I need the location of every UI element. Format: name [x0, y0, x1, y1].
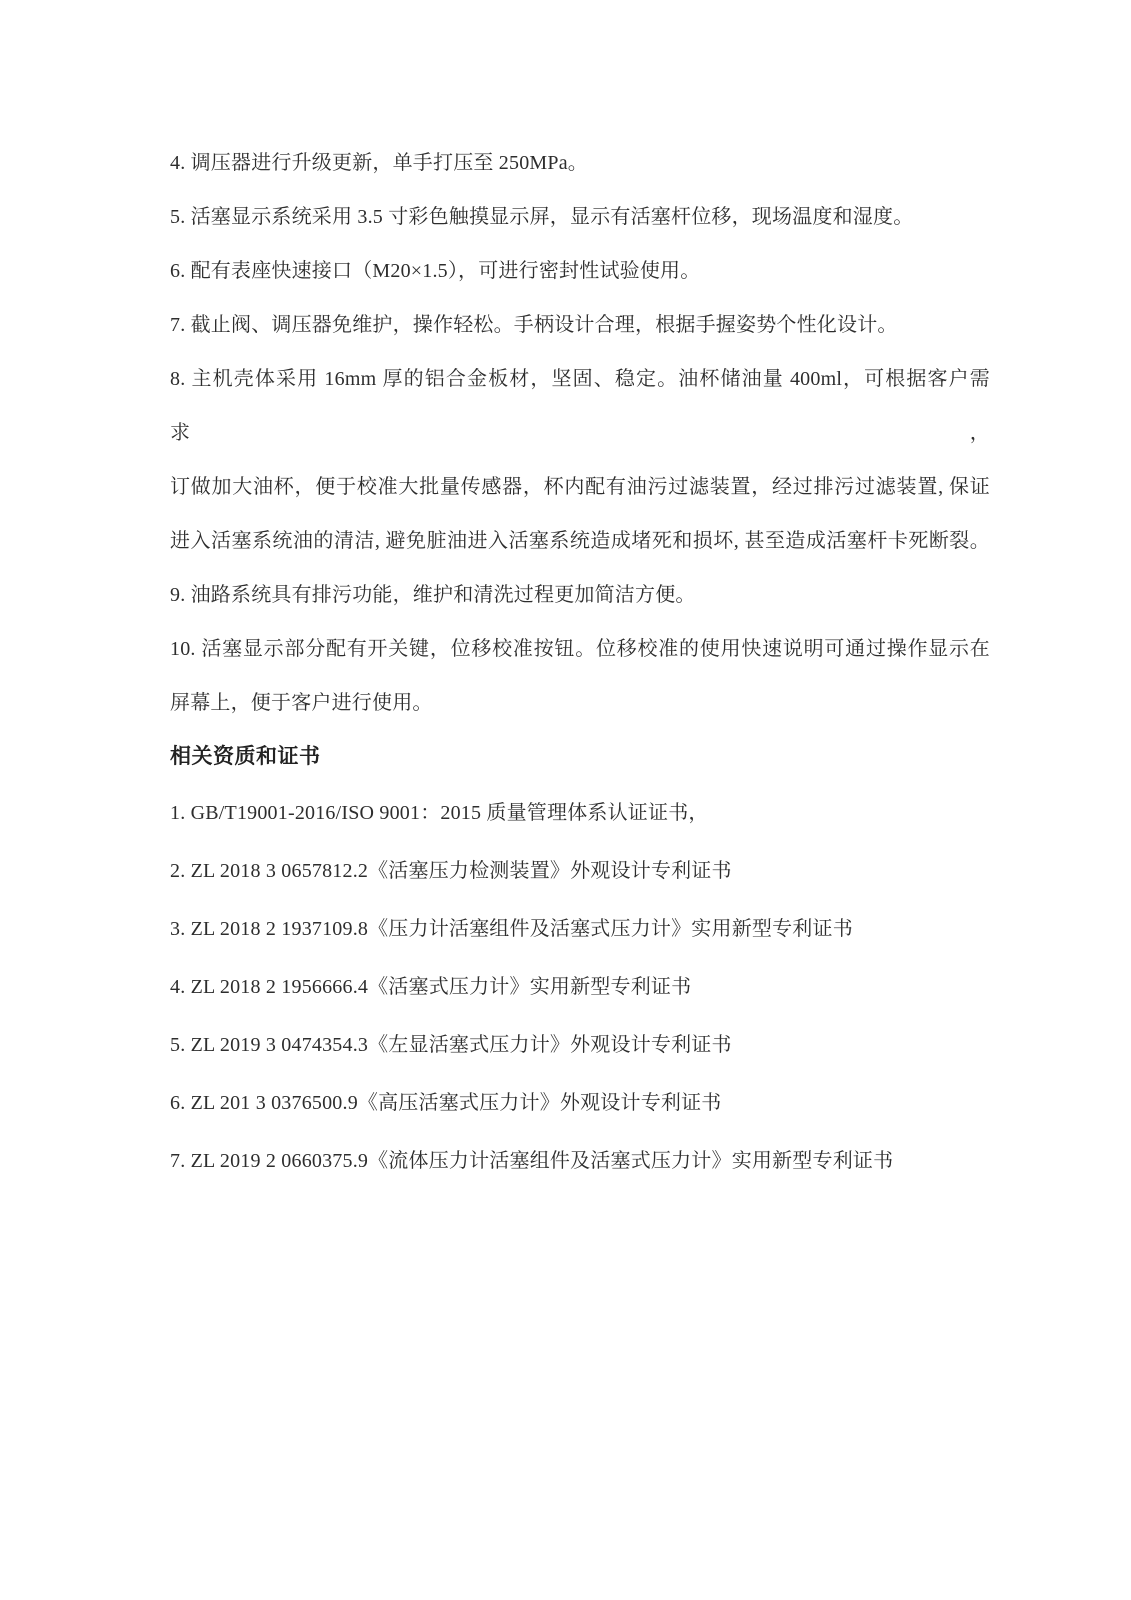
qualifications-heading: 相关资质和证书: [170, 730, 990, 784]
certificate-line: 3. ZL 2018 2 1937109.8《压力计活塞组件及活塞式压力计》实用…: [170, 900, 990, 958]
certificate-line: 7. ZL 2019 2 0660375.9《流体压力计活塞组件及活塞式压力计》…: [170, 1132, 990, 1190]
feature-line: 屏幕上，便于客户进行使用。: [170, 676, 990, 730]
feature-line: 6. 配有表座快速接口（M20×1.5），可进行密封性试验使用。: [170, 244, 990, 298]
feature-line: 5. 活塞显示系统采用 3.5 寸彩色触摸显示屏，显示有活塞杆位移，现场温度和湿…: [170, 190, 990, 244]
feature-paragraph: 8. 主机壳体采用 16mm 厚的铝合金板材，坚固、稳定。油杯储油量 400ml…: [170, 352, 990, 568]
feature-line: 9. 油路系统具有排污功能，维护和清洗过程更加简洁方便。: [170, 568, 990, 622]
certificate-line: 6. ZL 201 3 0376500.9《高压活塞式压力计》外观设计专利证书: [170, 1074, 990, 1132]
feature-paragraph: 7. 截止阀、调压器免维护，操作轻松。手柄设计合理，根据手握姿势个性化设计。: [170, 298, 990, 352]
feature-line: 进入活塞系统油的清洁, 避免脏油进入活塞系统造成堵死和损坏, 甚至造成活塞杆卡死…: [170, 514, 990, 568]
certificate-line: 2. ZL 2018 3 0657812.2《活塞压力检测装置》外观设计专利证书: [170, 842, 990, 900]
feature-line: 订做加大油杯，便于校准大批量传感器，杯内配有油污过滤装置，经过排污过滤装置, 保…: [170, 460, 990, 514]
certificate-line: 5. ZL 2019 3 0474354.3《左显活塞式压力计》外观设计专利证书: [170, 1016, 990, 1074]
document-content: 4. 调压器进行升级更新，单手打压至 250MPa。 5. 活塞显示系统采用 3…: [170, 136, 990, 1190]
feature-line: 10. 活塞显示部分配有开关键，位移校准按钮。位移校准的使用快速说明可通过操作显…: [170, 622, 990, 676]
certificate-line: 4. ZL 2018 2 1956666.4《活塞式压力计》实用新型专利证书: [170, 958, 990, 1016]
feature-paragraph: 9. 油路系统具有排污功能，维护和清洗过程更加简洁方便。: [170, 568, 990, 622]
feature-paragraph: 6. 配有表座快速接口（M20×1.5），可进行密封性试验使用。: [170, 244, 990, 298]
document-page: 4. 调压器进行升级更新，单手打压至 250MPa。 5. 活塞显示系统采用 3…: [0, 0, 1131, 1600]
certificate-line: 1. GB/T19001-2016/ISO 9001：2015 质量管理体系认证…: [170, 784, 990, 842]
certificate-list: 1. GB/T19001-2016/ISO 9001：2015 质量管理体系认证…: [170, 784, 990, 1190]
feature-line: 8. 主机壳体采用 16mm 厚的铝合金板材，坚固、稳定。油杯储油量 400ml…: [170, 352, 990, 460]
feature-line: 7. 截止阀、调压器免维护，操作轻松。手柄设计合理，根据手握姿势个性化设计。: [170, 298, 990, 352]
feature-paragraph: 4. 调压器进行升级更新，单手打压至 250MPa。: [170, 136, 990, 190]
feature-line: 4. 调压器进行升级更新，单手打压至 250MPa。: [170, 136, 990, 190]
feature-paragraph: 5. 活塞显示系统采用 3.5 寸彩色触摸显示屏，显示有活塞杆位移，现场温度和湿…: [170, 190, 990, 244]
feature-paragraph: 10. 活塞显示部分配有开关键，位移校准按钮。位移校准的使用快速说明可通过操作显…: [170, 622, 990, 730]
